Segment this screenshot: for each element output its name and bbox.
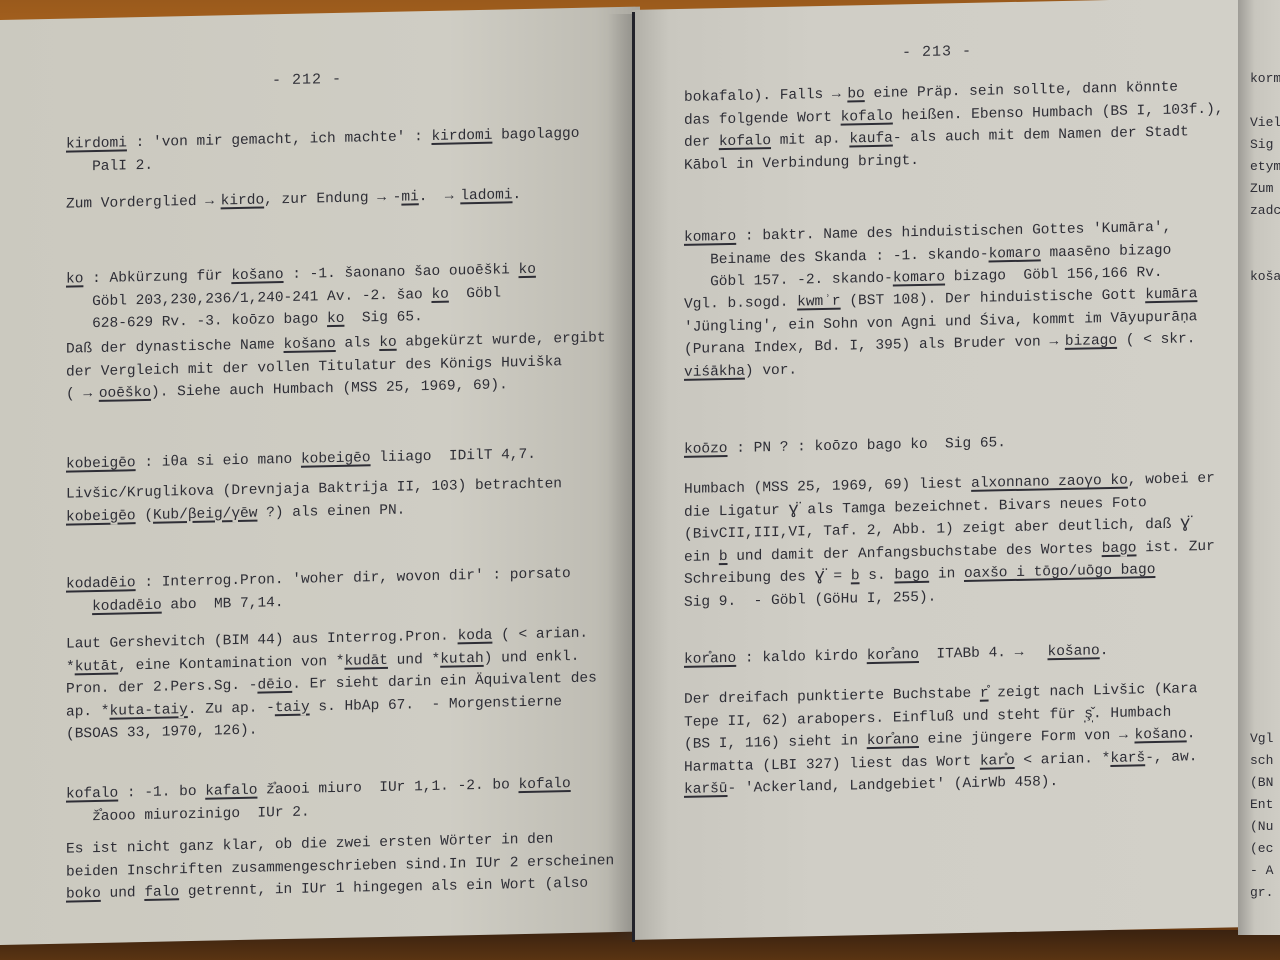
text-run: der bbox=[684, 134, 719, 151]
entry-commentary: Es ist nicht ganz klar, ob die zwei erst… bbox=[66, 827, 614, 906]
underlined-term: kodadēio bbox=[66, 575, 136, 592]
text-run: (Purana Index, Bd. I, 395) als Bruder vo… bbox=[684, 334, 1049, 358]
underlined-term: kumāra bbox=[1145, 286, 1197, 303]
text-run: Göbl 157. -2. skando- bbox=[684, 271, 893, 291]
text-run: . bbox=[419, 189, 445, 206]
text-run: abo MB 7,14. bbox=[162, 595, 284, 614]
text-run: < arian. * bbox=[1015, 750, 1111, 768]
underlined-term: kirdo bbox=[221, 192, 265, 209]
text-line: kor̊ano : kaldo kirdo kor̊ano ITABb 4. →… bbox=[684, 640, 1108, 671]
underlined-term: kobeigēo bbox=[66, 455, 136, 472]
underlined-term: kobeigēo bbox=[301, 450, 371, 467]
text-run: Sig 65. bbox=[344, 309, 422, 327]
underlined-term: ko bbox=[327, 311, 344, 327]
underlined-term: ladomi bbox=[460, 187, 512, 204]
underlined-term: ko bbox=[379, 335, 396, 351]
text-run: Der dreifach punktierte Buchstabe bbox=[684, 686, 980, 708]
text-run: . bbox=[1187, 726, 1196, 742]
left-page: - 212 - kirdomi : 'von mir gemacht, ich … bbox=[0, 7, 640, 945]
underlined-term: košano bbox=[1135, 726, 1187, 743]
entry-commentary: Zum Vorderglied → kirdo, zur Endung → -m… bbox=[66, 184, 521, 216]
entry-commentary: Vgl. b.sogd. kwmʾr (BST 108). Der hindui… bbox=[684, 283, 1197, 384]
underlined-term: kirdomi bbox=[66, 135, 127, 152]
entry-commentary: Laut Gershevitch (BIM 44) aus Interrog.P… bbox=[66, 622, 597, 746]
underlined-term: kaufa bbox=[849, 131, 893, 148]
entry-commentary: bokafalo). Falls → bo eine Präp. sein so… bbox=[684, 76, 1224, 177]
underlined-term: kobeigēo bbox=[66, 508, 136, 525]
text-run: : kaldo kirdo bbox=[736, 648, 867, 667]
text-line: koōzo : PN ? : koōzo bago ko Sig 65. bbox=[684, 432, 1006, 461]
underlined-term: košano bbox=[284, 336, 336, 353]
underlined-term: kor̊ano bbox=[867, 732, 919, 749]
text-run: (BS I, 116) sieht in bbox=[684, 733, 867, 753]
text-run bbox=[66, 599, 92, 616]
text-run: und * bbox=[388, 651, 440, 668]
text-run: bagolaggo bbox=[492, 126, 579, 144]
underlined-term: kofalo bbox=[841, 108, 893, 125]
text-run: ( < skr. bbox=[1117, 331, 1195, 349]
text-run: : PN ? : koōzo bago ko Sig 65. bbox=[728, 435, 1006, 457]
dictionary-entry-kobeigo: kobeigēo : iθa si eio mano kobeigēo liia… bbox=[66, 444, 536, 476]
underlined-term: komaro bbox=[893, 269, 945, 286]
text-run: maasēno bizago bbox=[1041, 242, 1172, 261]
text-run: ( < arian. bbox=[492, 626, 588, 644]
underlined-term: bo bbox=[847, 86, 864, 102]
text-run: in bbox=[929, 566, 964, 583]
dictionary-entry-kodadio: kodadēio : Interrog.Pron. 'woher dir, wo… bbox=[66, 563, 571, 619]
text-run bbox=[1126, 727, 1135, 743]
underlined-term: koda bbox=[458, 628, 493, 645]
text-run: und bbox=[101, 885, 145, 902]
underlined-term: ooēško bbox=[99, 385, 151, 402]
underlined-term: bago bbox=[1102, 540, 1137, 557]
cross-reference-arrow-icon: → bbox=[1119, 728, 1126, 744]
text-run: ( bbox=[136, 507, 153, 523]
dictionary-entry-kozo: koōzo : PN ? : koōzo bago ko Sig 65. bbox=[684, 432, 1006, 461]
underlined-term: alxonnano zaoγo ko bbox=[971, 473, 1128, 492]
text-run: Harmatta (LBI 327) liest das Wort bbox=[684, 753, 980, 775]
text-run: Schreibung des bbox=[684, 569, 815, 588]
text-run: ist. Zur bbox=[1137, 538, 1215, 556]
text-run: eine jüngere Form von bbox=[919, 728, 1119, 748]
underlined-term: kor̊ano bbox=[684, 651, 736, 668]
text-run: liiago IDilT 4,7. bbox=[371, 447, 536, 466]
cross-reference-arrow-icon: → bbox=[445, 189, 452, 205]
underlined-term: r̊ bbox=[980, 686, 989, 702]
dictionary-entry-korano: kor̊ano : kaldo kirdo kor̊ano ITABb 4. →… bbox=[684, 640, 1108, 671]
underlined-term: kafalo bbox=[205, 783, 257, 800]
dictionary-entry-komaro: komaro : baktr. Name des hinduistischen … bbox=[684, 217, 1171, 295]
underlined-term: dēio bbox=[257, 677, 292, 694]
underlined-term: b bbox=[851, 568, 860, 584]
text-run: Beiname des Skanda : -1. skando- bbox=[684, 246, 989, 268]
text-run: ) vor. bbox=[745, 362, 797, 379]
text-run: bizago Göbl 156,166 Rv. bbox=[945, 265, 1163, 286]
page-number-left: - 212 - bbox=[272, 71, 342, 89]
text-run: ). Siehe auch Humbach (MSS 25, 1969, 69)… bbox=[151, 377, 508, 400]
text-run: getrennt, in IUr 1 hingegen als ein Wort… bbox=[179, 876, 588, 901]
text-run: , wobei er bbox=[1128, 471, 1215, 489]
entry-commentary: Livšic/Kruglikova (Drevnjaja Baktrija II… bbox=[66, 473, 562, 528]
text-run bbox=[90, 386, 99, 402]
text-run: heißen. Ebenso Humbach (BS I, 103f.), bbox=[893, 101, 1224, 124]
underlined-term: karšū bbox=[684, 781, 728, 798]
spine-shadow bbox=[608, 14, 634, 940]
text-run bbox=[452, 188, 461, 204]
next-page-edge: korm Viel Sig etym Zum zadc koša Vgl sch… bbox=[1238, 0, 1280, 935]
text-line: Zum Vorderglied → kirdo, zur Endung → -m… bbox=[66, 184, 521, 216]
underlined-term: viśākha bbox=[684, 363, 745, 380]
underlined-term: b bbox=[719, 548, 728, 564]
text-run: . bbox=[513, 187, 522, 203]
text-run: mit ap. bbox=[771, 131, 849, 149]
underlined-term: ko bbox=[431, 286, 448, 302]
cross-reference-arrow-icon: → bbox=[377, 190, 384, 206]
underlined-term: komaro bbox=[989, 245, 1041, 262]
text-run: eine Präp. sein sollte, dann könnte bbox=[865, 80, 1178, 103]
text-run: : -1. bo bbox=[118, 784, 205, 802]
underlined-term: Kub/βeig/γēw bbox=[153, 505, 257, 523]
underlined-term: karš bbox=[1110, 750, 1145, 767]
underlined-term: kutāt bbox=[75, 658, 119, 675]
underlined-term: koōzo bbox=[684, 441, 728, 458]
text-run: = bbox=[825, 568, 851, 585]
dictionary-entry-kirdomi: kirdomi : 'von mir gemacht, ich machte' … bbox=[66, 123, 579, 179]
underlined-term: kodadēio bbox=[92, 597, 162, 614]
underlined-term: košano bbox=[1048, 643, 1100, 660]
text-run: Göbl bbox=[449, 285, 501, 302]
underlined-term: kofalo bbox=[66, 786, 118, 803]
underlined-term: oaxšo i tōgo/uōgo bago bbox=[964, 562, 1155, 582]
cross-reference-arrow-icon: → bbox=[832, 87, 839, 103]
text-run: . Er sieht darin ein Äquivalent des bbox=[292, 670, 597, 692]
text-run bbox=[212, 193, 221, 209]
text-run: Pron. der 2.Pers.Sg. - bbox=[66, 678, 257, 698]
text-run: zeigt nach Livšic (Kara bbox=[989, 681, 1198, 701]
underlined-term: kar̊o bbox=[980, 752, 1015, 769]
text-run: , eine Kontamination von * bbox=[118, 653, 344, 674]
text-run: ein bbox=[684, 549, 719, 566]
text-run: s. bbox=[860, 568, 895, 585]
text-run: -, aw. bbox=[1145, 749, 1197, 766]
underlined-term: kofalo bbox=[519, 776, 571, 793]
text-run: (BSOAS 33, 1970, 126). bbox=[66, 723, 257, 743]
text-run: (BST 108). Der hinduistische Gott bbox=[841, 287, 1146, 309]
underlined-term: falo bbox=[144, 884, 179, 901]
text-run: das folgende Wort bbox=[684, 109, 841, 128]
text-run bbox=[1021, 644, 1047, 661]
book-spine bbox=[632, 12, 635, 942]
tamga-ligature-icon: ɣ̈ bbox=[1180, 514, 1190, 533]
underlined-term: mi bbox=[401, 189, 418, 205]
text-run: : iθa si eio mano bbox=[136, 452, 301, 471]
text-run: , zur Endung bbox=[264, 190, 377, 208]
text-run: Sig 9. - Göbl (GöHu I, 255). bbox=[684, 589, 936, 610]
underlined-term: ko bbox=[519, 262, 536, 278]
text-run: PalI 2. bbox=[66, 157, 153, 175]
underlined-term: kwmʾr bbox=[797, 294, 841, 311]
entry-commentary: Der dreifach punktierte Buchstabe r̊ zei… bbox=[684, 678, 1197, 801]
text-run: ( bbox=[66, 386, 83, 402]
text-run: als bbox=[336, 335, 380, 352]
underlined-term: kofalo bbox=[719, 133, 771, 150]
underlined-term: bizago bbox=[1065, 333, 1117, 350]
text-run: . bbox=[1100, 643, 1109, 659]
underlined-term: komaro bbox=[684, 229, 736, 246]
text-run: bokafalo). Falls bbox=[684, 87, 832, 106]
text-run: . Zu ap. - bbox=[188, 700, 275, 718]
underlined-term: kudāt bbox=[344, 652, 388, 669]
tamga-ligature-icon: ɣ̈ bbox=[788, 500, 798, 519]
text-run: . Humbach bbox=[1093, 704, 1171, 722]
text-run: s. HbAp 67. - Morgenstierne bbox=[310, 694, 562, 715]
entry-commentary: Humbach (MSS 25, 1969, 69) liest alxonna… bbox=[684, 468, 1215, 614]
underlined-term: ko bbox=[66, 271, 83, 287]
underlined-term: taiy bbox=[275, 699, 310, 716]
text-run: * bbox=[66, 659, 75, 675]
text-run: - bbox=[384, 190, 401, 206]
text-run: : Abkürzung für bbox=[83, 268, 231, 287]
entry-commentary: Daß der dynastische Name košano als ko a… bbox=[66, 327, 606, 406]
text-run: Daß der dynastische Name bbox=[66, 337, 284, 358]
right-page: - 213 - bokafalo). Falls → bo eine Präp.… bbox=[632, 0, 1252, 940]
underlined-term: kor̊ano bbox=[867, 647, 919, 664]
text-run bbox=[1056, 334, 1065, 350]
dictionary-entry-kofalo: kofalo : -1. bo kafalo ž̊aooi miuro IUr … bbox=[66, 773, 571, 829]
underlined-term: boko bbox=[66, 886, 101, 903]
text-run: abgekürzt wurde, ergibt bbox=[397, 330, 606, 350]
text-run: ) und enkl. bbox=[484, 648, 580, 666]
underlined-term: kirdomi bbox=[431, 128, 492, 145]
text-run: Vgl. b.sogd. bbox=[684, 295, 797, 313]
text-run: - 'Ackerland, Landgebiet' (AirWb 458). bbox=[728, 774, 1059, 797]
text-run: ž̊aooi miuro IUr 1,1. -2. bo bbox=[257, 777, 518, 798]
underlined-term: kuta-taiy bbox=[110, 702, 188, 720]
tamga-ligature-icon: ɣ̈ bbox=[815, 567, 825, 586]
underlined-term: bago bbox=[894, 567, 929, 584]
next-page-text: korm Viel Sig etym Zum zadc koša Vgl sch… bbox=[1250, 68, 1280, 904]
text-run: Humbach (MSS 25, 1969, 69) liest bbox=[684, 476, 971, 498]
cross-reference-arrow-icon: → bbox=[205, 194, 212, 210]
dictionary-entry-ko: ko : Abkürzung für košano : -1. šaonano … bbox=[66, 259, 536, 336]
text-run: 628-629 Rv. -3. koōzo bago bbox=[66, 311, 327, 332]
text-run: - als auch mit dem Namen der Stadt bbox=[893, 124, 1189, 146]
text-run: Zum Vorderglied bbox=[66, 194, 205, 213]
text-run: ap. * bbox=[66, 703, 110, 720]
text-run: : 'von mir gemacht, ich machte' : bbox=[127, 129, 432, 151]
text-run: : -1. šaonano šao ouoēški bbox=[284, 262, 519, 283]
text-run: ITABb 4. bbox=[919, 645, 1015, 663]
text-run: Kābol in Verbindung bringt. bbox=[684, 152, 919, 173]
text-run: die Ligatur bbox=[684, 502, 788, 520]
text-line: kobeigēo : iθa si eio mano kobeigēo liia… bbox=[66, 444, 536, 476]
text-run: ?) als einen PN. bbox=[257, 502, 405, 521]
underlined-term: ş̌ bbox=[1084, 706, 1093, 722]
underlined-term: kutah bbox=[440, 650, 484, 667]
page-number-right: - 213 - bbox=[902, 43, 972, 61]
underlined-term: košano bbox=[231, 267, 283, 284]
text-run: ž̊aooo miurozinigo IUr 2. bbox=[66, 804, 310, 825]
